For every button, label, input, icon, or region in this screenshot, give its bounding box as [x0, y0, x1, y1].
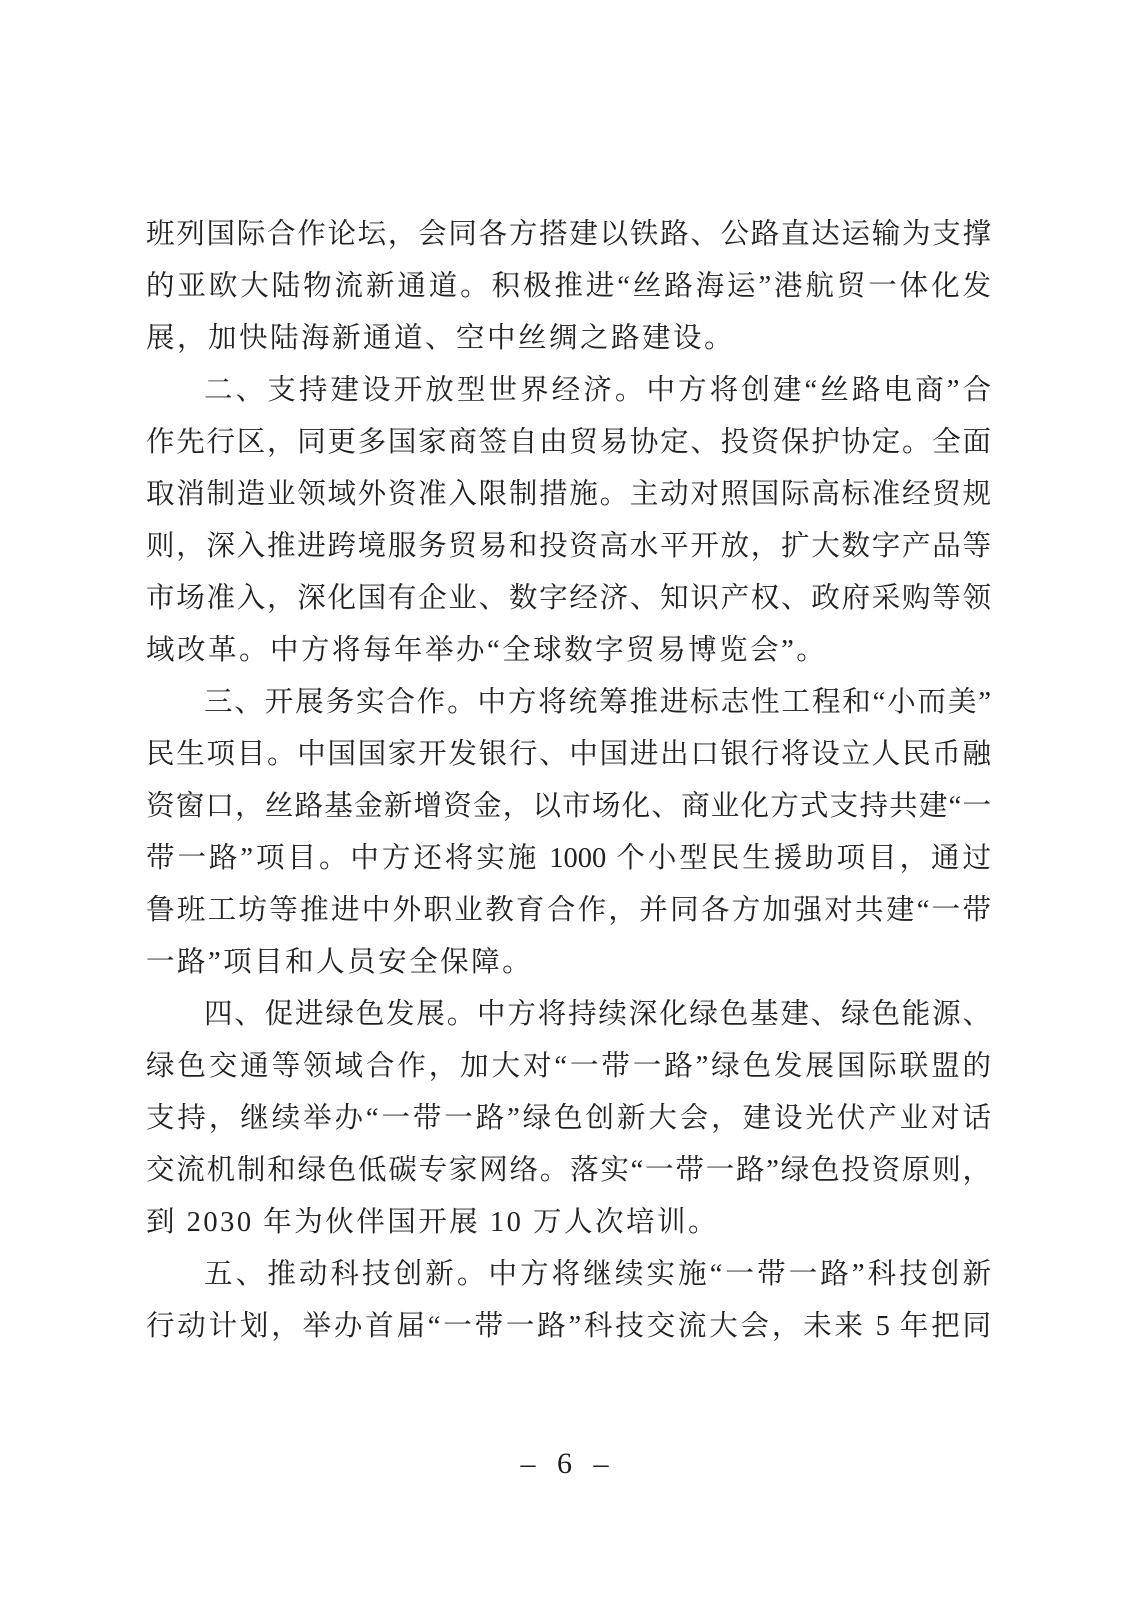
text-line: 四、促进绿色发展。中方将持续深化绿色基建、绿色能源、 [146, 989, 991, 1041]
text-line: 五、推动科技创新。中方将继续实施“一带一路”科技创新 [146, 1249, 991, 1301]
paragraph: 班列国际合作论坛，会同各方搭建以铁路、公路直达运输为支撑的亚欧大陆物流新通道。积… [146, 209, 991, 365]
text-line: 到 2030 年为伙伴国开展 10 万人次培训。 [146, 1197, 991, 1249]
text-line: 一路”项目和人员安全保障。 [146, 937, 991, 989]
document-page: 班列国际合作论坛，会同各方搭建以铁路、公路直达运输为支撑的亚欧大陆物流新通道。积… [0, 0, 1131, 1600]
text-line: 民生项目。中国国家开发银行、中国进出口银行将设立人民币融 [146, 729, 991, 781]
text-line: 的亚欧大陆物流新通道。积极推进“丝路海运”港航贸一体化发 [146, 261, 991, 313]
page-number: – 6 – [521, 1447, 611, 1480]
text-line: 绿色交通等领域合作，加大对“一带一路”绿色发展国际联盟的 [146, 1041, 991, 1093]
paragraph: 二、支持建设开放型世界经济。中方将创建“丝路电商”合作先行区，同更多国家商签自由… [146, 365, 991, 677]
text-line: 三、开展务实合作。中方将统筹推进标志性工程和“小而美” [146, 677, 991, 729]
paragraph: 三、开展务实合作。中方将统筹推进标志性工程和“小而美”民生项目。中国国家开发银行… [146, 677, 991, 989]
text-line: 作先行区，同更多国家商签自由贸易协定、投资保护协定。全面 [146, 417, 991, 469]
text-line: 取消制造业领域外资准入限制措施。主动对照国际高标准经贸规 [146, 469, 991, 521]
text-line: 支持，继续举办“一带一路”绿色创新大会，建设光伏产业对话 [146, 1093, 991, 1145]
text-line: 资窗口，丝路基金新增资金，以市场化、商业化方式支持共建“一 [146, 781, 991, 833]
text-line: 则，深入推进跨境服务贸易和投资高水平开放，扩大数字产品等 [146, 521, 991, 573]
page-footer: – 6 – [0, 1447, 1131, 1481]
document-body: 班列国际合作论坛，会同各方搭建以铁路、公路直达运输为支撑的亚欧大陆物流新通道。积… [146, 209, 991, 1353]
text-line: 交流机制和绿色低碳专家网络。落实“一带一路”绿色投资原则， [146, 1145, 991, 1197]
text-line: 行动计划，举办首届“一带一路”科技交流大会，未来 5 年把同 [146, 1301, 991, 1353]
text-line: 班列国际合作论坛，会同各方搭建以铁路、公路直达运输为支撑 [146, 209, 991, 261]
text-line: 市场准入，深化国有企业、数字经济、知识产权、政府采购等领 [146, 573, 991, 625]
text-line: 展，加快陆海新通道、空中丝绸之路建设。 [146, 313, 991, 365]
paragraph: 五、推动科技创新。中方将继续实施“一带一路”科技创新行动计划，举办首届“一带一路… [146, 1249, 991, 1353]
text-line: 二、支持建设开放型世界经济。中方将创建“丝路电商”合 [146, 365, 991, 417]
text-line: 域改革。中方将每年举办“全球数字贸易博览会”。 [146, 625, 991, 677]
text-line: 带一路”项目。中方还将实施 1000 个小型民生援助项目，通过 [146, 833, 991, 885]
paragraph: 四、促进绿色发展。中方将持续深化绿色基建、绿色能源、绿色交通等领域合作，加大对“… [146, 989, 991, 1249]
text-line: 鲁班工坊等推进中外职业教育合作，并同各方加强对共建“一带 [146, 885, 991, 937]
